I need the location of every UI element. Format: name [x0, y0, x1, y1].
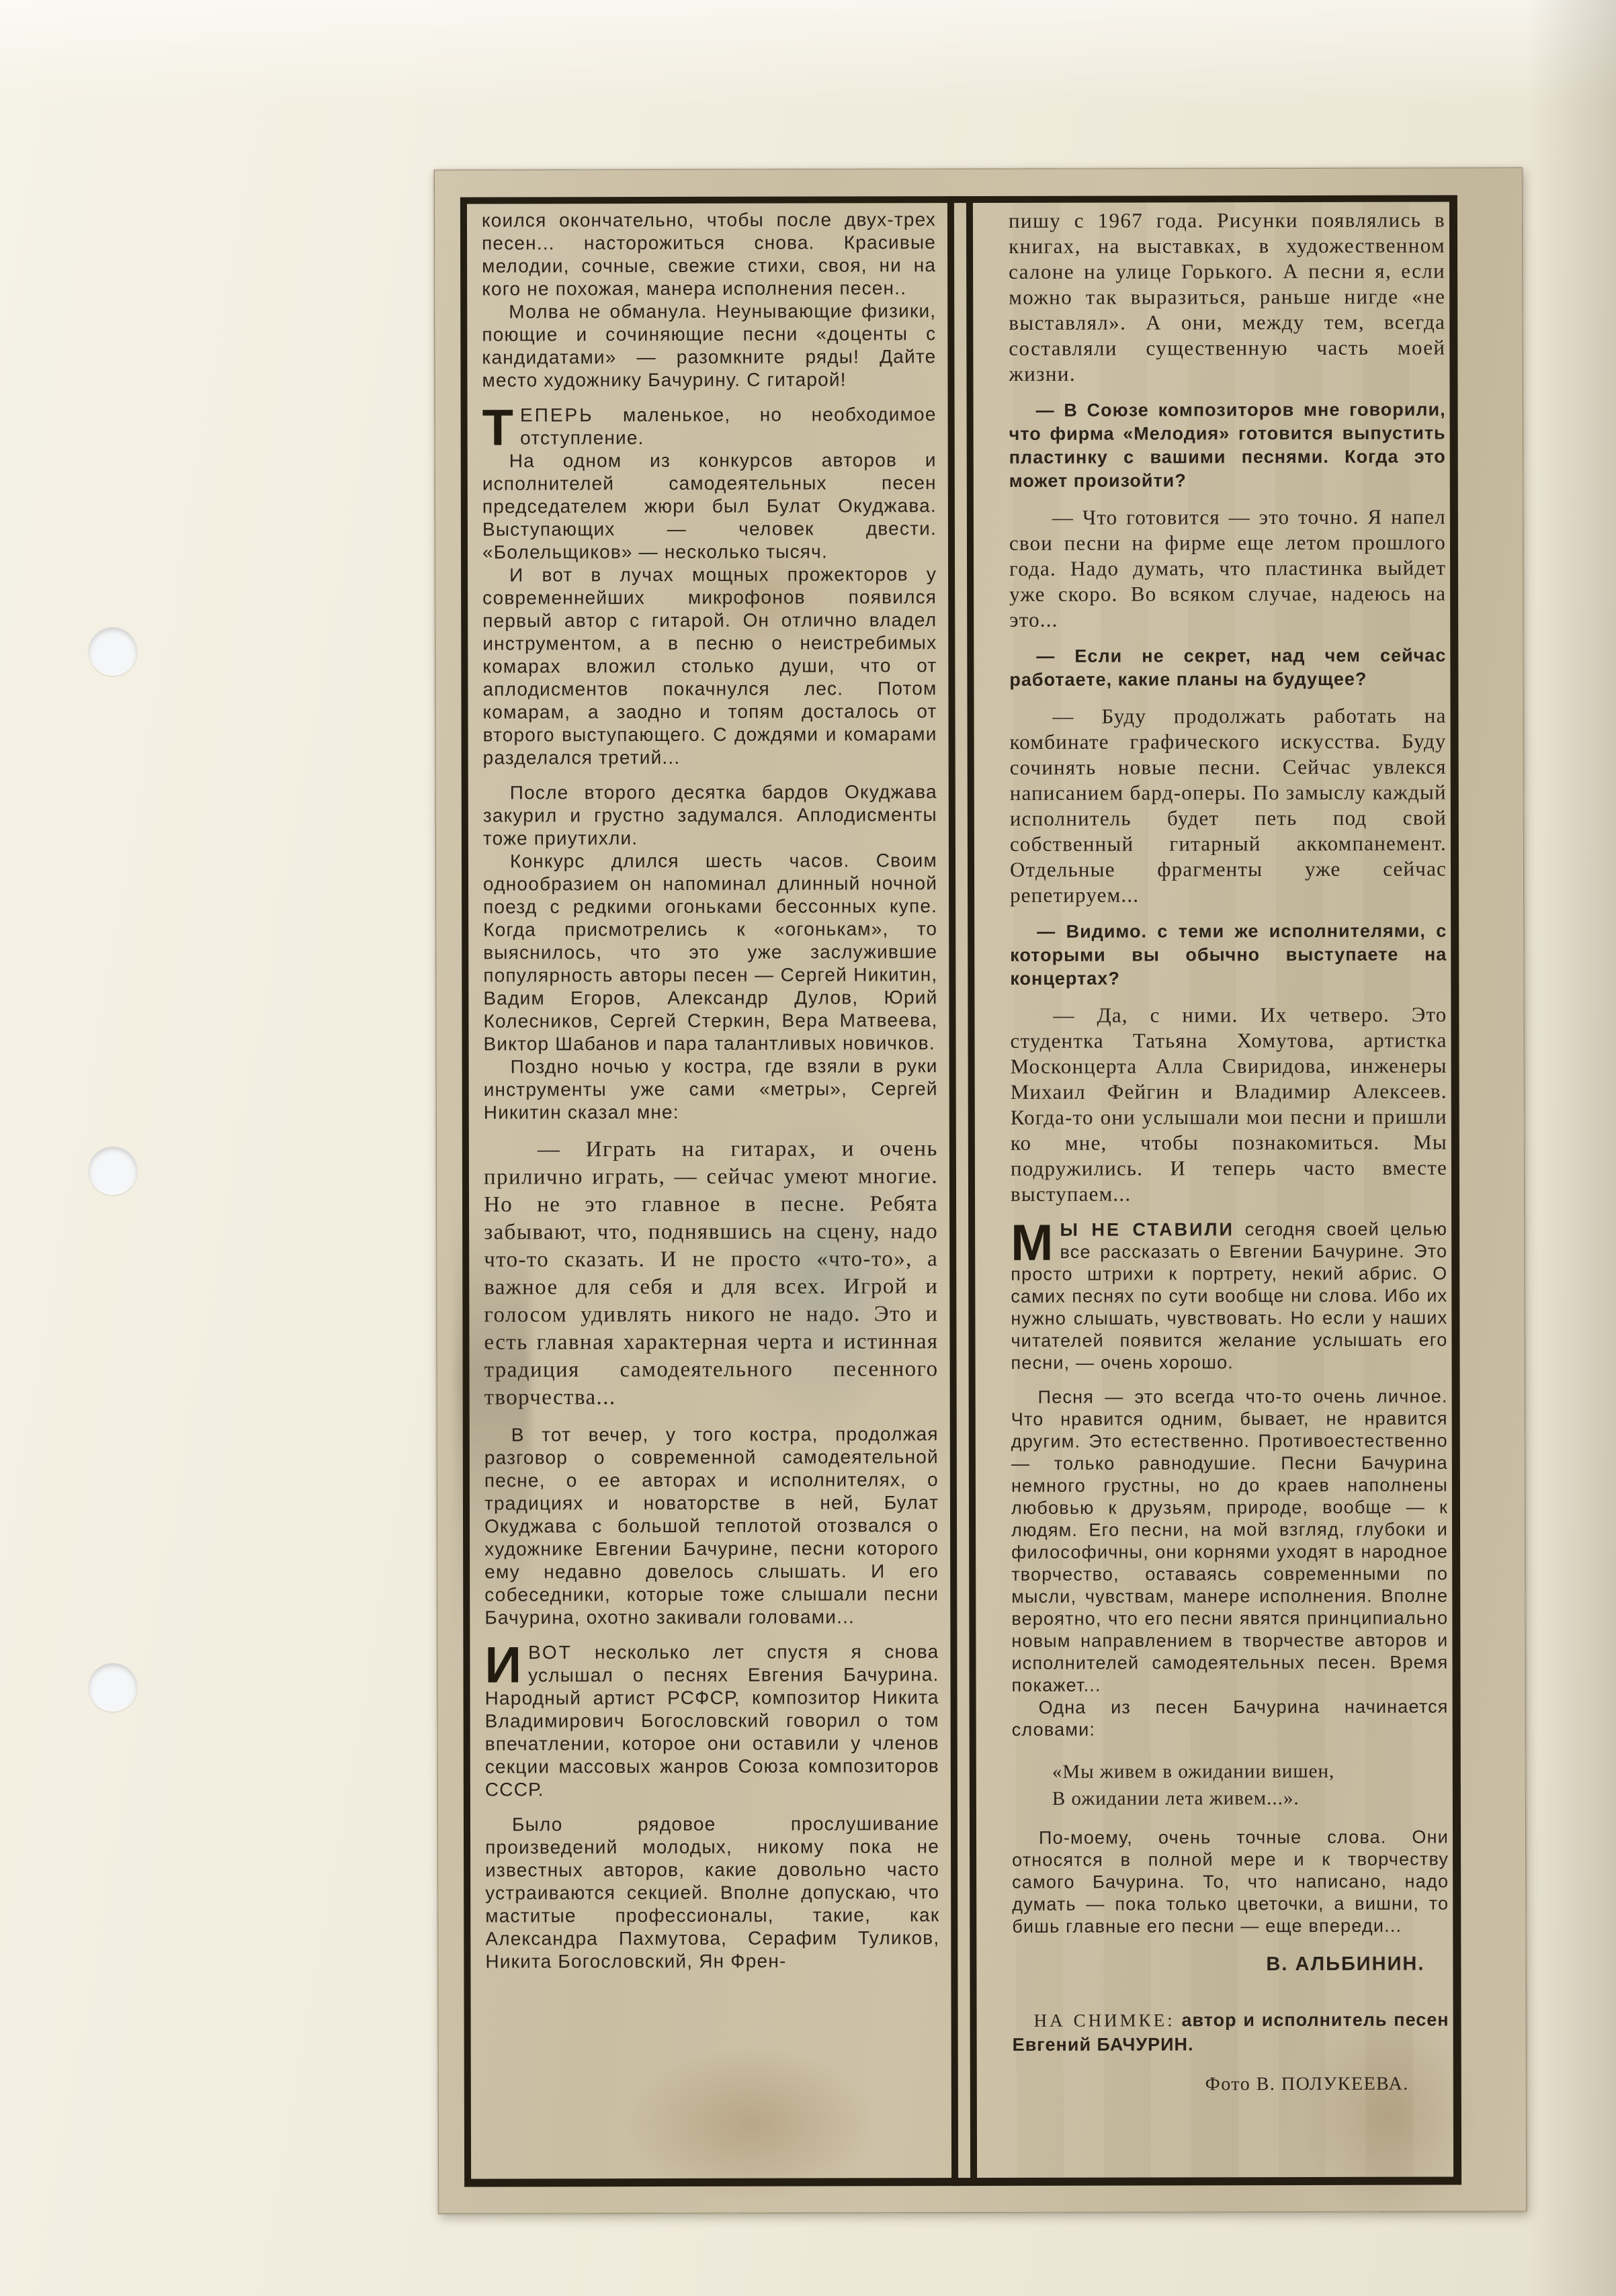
paragraph-text: несколько лет спустя я снова услышал о п…: [485, 1641, 939, 1800]
paragraph: На одном из конкурсов авторов и исполнит…: [482, 449, 937, 564]
scanned-album-page: коился окончательно, чтобы после двух-тр…: [0, 0, 1616, 2296]
paragraph-text: Конкурс длился шесть часов. Своим однооб…: [483, 850, 937, 1054]
paragraph-text: После второго десятка бардов Окуджава за…: [483, 781, 937, 848]
paragraph-text: Фото В. ПОЛУКЕЕВА.: [1205, 2074, 1409, 2095]
photo-caption: НА СНИМКЕ: автор и исполнитель песен Евг…: [1013, 2008, 1449, 2057]
paragraph: — Что готовится — это точно. Я напел сво…: [1009, 504, 1446, 633]
paragraph-text: пишу с 1967 года. Рисунки появлялись в к…: [1009, 208, 1445, 386]
photo-credit: Фото В. ПОЛУКЕЕВА.: [1013, 2074, 1449, 2096]
paragraph: — Да, с ними. Их четверо. Это студентка …: [1010, 1002, 1447, 1207]
paragraph-text: — Играть на гитарах, и очень прилично иг…: [484, 1137, 939, 1409]
paragraph-text: В тот вечер, у того костра, продолжая ра…: [484, 1423, 939, 1628]
left-column: коился окончательно, чтобы после двух-тр…: [482, 208, 940, 2178]
paragraph: ИВОТ несколько лет спустя я снова услыша…: [484, 1640, 939, 1801]
paragraph: Молва не обманула. Неунывающие физики, п…: [482, 300, 936, 392]
paragraph: «Мы живем в ожидании вишен, В ожидании л…: [1052, 1758, 1449, 1812]
byline: В. АЛЬБИНИН.: [1012, 1953, 1449, 1976]
paragraph-text: И вот в лучах мощных прожекторов у совре…: [482, 564, 937, 768]
paragraph-text: В. АЛЬБИНИН.: [1266, 1953, 1424, 1975]
paragraph-text: — Видимо. с теми же исполнителями, с кот…: [1010, 921, 1447, 989]
paragraph-text: — Буду продолжать работать на комбинате …: [1010, 704, 1447, 907]
paragraph: коился окончательно, чтобы после двух-тр…: [482, 208, 936, 300]
paragraph: Конкурс длился шесть часов. Своим однооб…: [483, 849, 938, 1055]
paragraph-text: «Мы живем в ожидании вишен, В ожидании л…: [1052, 1761, 1335, 1810]
paragraph: — Видимо. с теми же исполнителями, с кот…: [1010, 920, 1447, 991]
paragraph: В тот вечер, у того костра, продолжая ра…: [484, 1423, 939, 1629]
right-column: пишу с 1967 года. Рисунки появлялись в к…: [1009, 208, 1449, 2178]
paragraph-text: — Если не секрет, над чем сейчас работае…: [1009, 646, 1446, 690]
paragraph: — Буду продолжать работать на комбинате …: [1009, 703, 1447, 908]
paragraph-text: — В Союзе композиторов мне говорили, что…: [1009, 400, 1446, 491]
paragraph: ТЕПЕРЬ маленькое, но необходимое отступл…: [482, 403, 937, 449]
paragraph-text: сегодня своей целью все рассказать о Евг…: [1011, 1219, 1447, 1373]
caption-prefix: НА СНИМКЕ:: [1034, 2010, 1175, 2030]
paragraph-text: — Что готовится — это точно. Я напел сво…: [1009, 505, 1446, 631]
drop-cap: М: [1011, 1223, 1053, 1264]
paragraph: Песня — это всегда что-то очень личное. …: [1011, 1386, 1449, 1697]
paragraph: пишу с 1967 года. Рисунки появлялись в к…: [1009, 208, 1446, 387]
drop-cap: И: [484, 1645, 521, 1685]
newspaper-clipping: коился окончательно, чтобы после двух-тр…: [434, 167, 1527, 2213]
paragraph-text: Молва не обманула. Неунывающие физики, п…: [482, 300, 936, 390]
lead-in: ЕПЕРЬ: [520, 404, 594, 425]
paragraph-text: Одна из песен Бачурина начинается словам…: [1012, 1697, 1449, 1740]
drop-cap: Т: [482, 408, 514, 448]
punch-hole: [89, 627, 137, 676]
paragraph: После второго десятка бардов Окуджава за…: [483, 781, 937, 850]
paragraph: — Если не секрет, над чем сейчас работае…: [1009, 644, 1446, 692]
paragraph-text: На одном из конкурсов авторов и исполнит…: [482, 449, 937, 562]
paragraph: По-моему, очень точные слова. Они относя…: [1012, 1826, 1449, 1938]
paragraph: Было рядовое прослушивание произведений …: [485, 1812, 939, 1973]
paragraph: Одна из песен Бачурина начинается словам…: [1012, 1696, 1449, 1741]
paragraph: МЫ НЕ СТАВИЛИ сегодня своей целью все ра…: [1011, 1219, 1447, 1374]
paragraph: — В Союзе композиторов мне говорили, что…: [1009, 398, 1446, 493]
paragraph-text: коился окончательно, чтобы после двух-тр…: [482, 209, 936, 299]
lead-in: Ы НЕ СТАВИЛИ: [1060, 1219, 1234, 1240]
paragraph: Поздно ночью у костра, где взяли в руки …: [484, 1055, 938, 1124]
paragraph-text: — Да, с ними. Их четверо. Это студентка …: [1010, 1003, 1447, 1206]
paragraph-text: Было рядовое прослушивание произведений …: [485, 1813, 939, 1972]
paragraph: И вот в лучах мощных прожекторов у совре…: [482, 563, 937, 769]
lead-in: ВОТ: [528, 1642, 572, 1663]
paragraph-text: Поздно ночью у костра, где взяли в руки …: [484, 1055, 938, 1122]
paragraph: — Играть на гитарах, и очень прилично иг…: [484, 1135, 939, 1411]
punch-hole: [89, 1147, 137, 1195]
paragraph-text: Песня — это всегда что-то очень личное. …: [1011, 1386, 1449, 1695]
punch-hole: [89, 1663, 137, 1712]
paragraph-text: По-моему, очень точные слова. Они относя…: [1012, 1827, 1449, 1937]
